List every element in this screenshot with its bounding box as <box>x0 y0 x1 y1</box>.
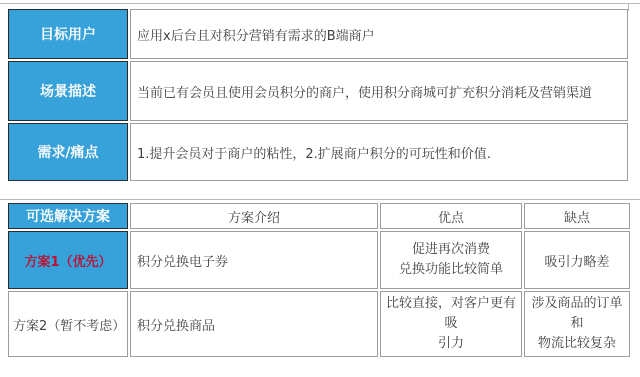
profile-label-scenario: 场景描述 <box>8 61 128 121</box>
table-row: 目标用户 应用x后台且对积分营销有需求的B端商户 <box>8 9 628 59</box>
profile-value-target-users: 应用x后台且对积分营销有需求的B端商户 <box>130 9 628 59</box>
table-row: 需求/痛点 1.提升会员对于商户的粘性，2.扩展商户积分的可玩性和价值. <box>8 123 628 181</box>
top-divider-line <box>0 3 640 4</box>
solutions-header-cons: 缺点 <box>524 203 630 229</box>
solutions-header-intro: 方案介绍 <box>130 203 378 229</box>
profile-label-pain-points: 需求/痛点 <box>8 123 128 181</box>
solution2-pros: 比较直接，对客户更有吸 引力 <box>380 291 522 357</box>
solution1-intro: 积分兑换电子券 <box>130 231 378 289</box>
profile-value-pain-points: 1.提升会员对于商户的粘性，2.扩展商户积分的可玩性和价值. <box>130 123 628 181</box>
solution1-cons: 吸引力略差 <box>524 231 630 289</box>
table-row: 方案2（暂不考虑） 积分兑换商品 比较直接，对客户更有吸 引力 涉及商品的订单和… <box>8 291 630 357</box>
solutions-table: 可选解决方案 方案介绍 优点 缺点 方案1（优先） 积分兑换电子券 促进再次消费… <box>6 201 632 359</box>
solutions-header-options: 可选解决方案 <box>8 203 128 229</box>
document-page: 目标用户 应用x后台且对积分营销有需求的B端商户 场景描述 当前已有会员且使用会… <box>0 0 640 377</box>
table-row: 场景描述 当前已有会员且使用会员积分的商户，使用积分商城可扩充积分消耗及营销渠道 <box>8 61 628 121</box>
profile-label-target-users: 目标用户 <box>8 9 128 59</box>
table-header-row: 可选解决方案 方案介绍 优点 缺点 <box>8 203 630 229</box>
solution2-intro: 积分兑换商品 <box>130 291 378 357</box>
solution1-pros: 促进再次消费 兑换功能比较简单 <box>380 231 522 289</box>
solution1-name-badge: 方案1（优先） <box>8 231 128 289</box>
profile-value-scenario: 当前已有会员且使用会员积分的商户，使用积分商城可扩充积分消耗及营销渠道 <box>130 61 628 121</box>
table-row: 方案1（优先） 积分兑换电子券 促进再次消费 兑换功能比较简单 吸引力略差 <box>8 231 630 289</box>
solution2-name: 方案2（暂不考虑） <box>8 291 128 357</box>
solution2-cons: 涉及商品的订单和 物流比较复杂 <box>524 291 630 357</box>
section-divider-line <box>0 199 640 200</box>
profile-table: 目标用户 应用x后台且对积分营销有需求的B端商户 场景描述 当前已有会员且使用会… <box>6 7 630 183</box>
solutions-header-pros: 优点 <box>380 203 522 229</box>
